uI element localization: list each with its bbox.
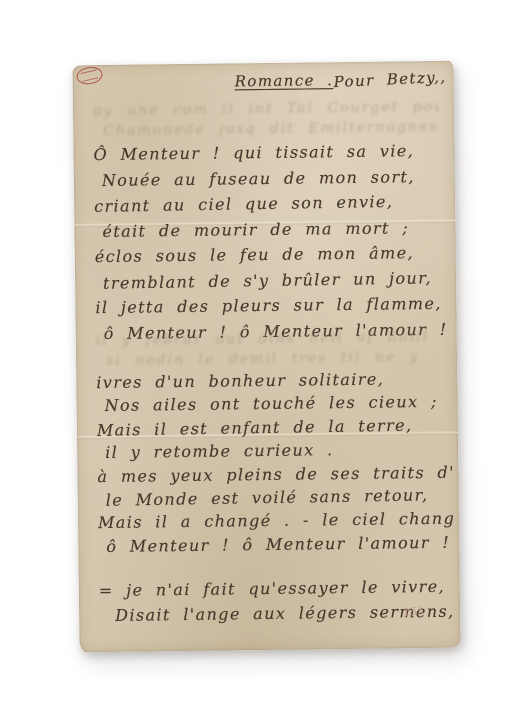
manuscript-title: Romance . xyxy=(235,71,334,90)
pencil-page-number: 155 xyxy=(402,604,424,619)
poem-stanza-2: ivres d'un bonheur solitaire, Nos ailes … xyxy=(96,367,453,559)
poem-line: tremblant de s'y brûler un jour, xyxy=(103,264,450,295)
ink-showthrough-line: Chamonede jusq dit Emilternognes xyxy=(103,117,440,141)
poem-final-couplet: = je n'ai fait qu'essayer le vivre, Disa… xyxy=(99,574,455,628)
dedication-text: Pour Betzy,, xyxy=(333,68,446,91)
header: Romance . Pour Betzy,, xyxy=(87,70,446,92)
page-background: Romance . Pour Betzy,, py une com il int… xyxy=(0,0,530,704)
poem-line: Ô Menteur ! qui tissait sa vie, xyxy=(93,138,448,168)
ink-showthrough-block-top: py une com il int Tal Courget pour Chamo… xyxy=(93,97,440,141)
poem-stanza-1: Ô Menteur ! qui tissait sa vie, Nouée au… xyxy=(93,138,450,346)
ink-showthrough-block-middle: il y februr out dins heil af doill si no… xyxy=(96,327,443,371)
poem-line: ô Menteur ! ô Menteur l'amour ! xyxy=(106,531,453,559)
manuscript-paper: Romance . Pour Betzy,, py une com il int… xyxy=(72,61,460,653)
